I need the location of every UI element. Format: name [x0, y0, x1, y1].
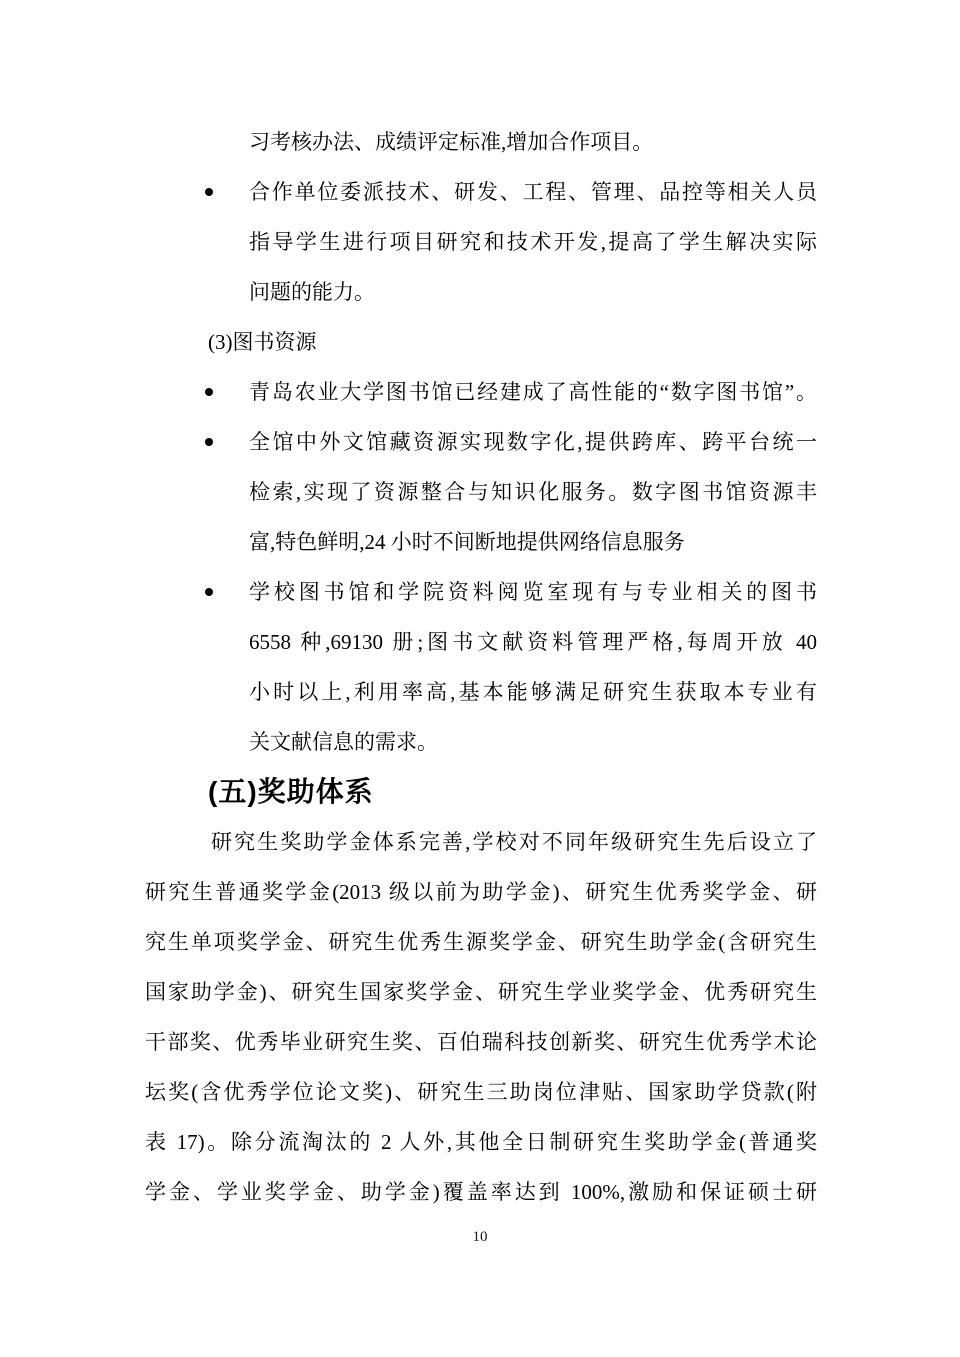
page-content: 习考核办法、成绩评定标准,增加合作项目。 合作单位委派技术、研发、工程、管理、品…: [145, 117, 817, 1217]
bullet-line: 青岛农业大学图书馆已经建成了高性能的“数字图书馆”。: [145, 367, 817, 417]
paragraph-line: 研究生奖助学金体系完善,学校对不同年级研究生先后设立了: [145, 817, 817, 867]
paragraph-line: 学金、学业奖学金、助学金)覆盖率达到 100%,激励和保证硕士研: [145, 1167, 817, 1217]
bullet-icon: [205, 438, 213, 446]
paragraph-line: 究生单项奖学金、研究生优秀生源奖学金、研究生助学金(含研究生: [145, 917, 817, 967]
section-heading-awards: (五)奖助体系: [145, 767, 817, 817]
bullet-line: 检索,实现了资源整合与知识化服务。数字图书馆资源丰: [145, 467, 817, 517]
bullet-line: 小时以上,利用率高,基本能够满足研究生获取本专业有: [145, 667, 817, 717]
bullet-line: 指导学生进行项目研究和技术开发,提高了学生解决实际: [145, 217, 817, 267]
paragraph-line: 研究生普通奖学金(2013 级以前为助学金)、研究生优秀奖学金、研: [145, 867, 817, 917]
bullet-icon: [205, 388, 213, 396]
bullet-item-books: 学校图书馆和学院资料阅览室现有与专业相关的图书 6558 种,69130 册;图…: [145, 567, 817, 767]
subheading-library-resources: (3)图书资源: [145, 317, 817, 367]
bullet-line: 富,特色鲜明,24 小时不间断地提供网络信息服务: [145, 517, 817, 567]
paragraph-line: 表 17)。除分流淘汰的 2 人外,其他全日制研究生奖助学金(普通奖: [145, 1117, 817, 1167]
bullet-line: 全馆中外文馆藏资源实现数字化,提供跨库、跨平台统一: [145, 417, 817, 467]
continuation-line: 习考核办法、成绩评定标准,增加合作项目。: [145, 117, 817, 167]
paragraph-line: 国家助学金)、研究生国家奖学金、研究生学业奖学金、优秀研究生: [145, 967, 817, 1017]
bullet-icon: [205, 188, 213, 196]
bullet-line: 关文献信息的需求。: [145, 717, 817, 767]
page-number: 10: [0, 1225, 960, 1249]
bullet-item-collection: 全馆中外文馆藏资源实现数字化,提供跨库、跨平台统一 检索,实现了资源整合与知识化…: [145, 417, 817, 567]
paragraph-awards: 研究生奖助学金体系完善,学校对不同年级研究生先后设立了 研究生普通奖学金(201…: [145, 817, 817, 1217]
bullet-item-cooperation: 合作单位委派技术、研发、工程、管理、品控等相关人员 指导学生进行项目研究和技术开…: [145, 167, 817, 317]
bullet-line: 学校图书馆和学院资料阅览室现有与专业相关的图书: [145, 567, 817, 617]
paragraph-line: 干部奖、优秀毕业研究生奖、百伯瑞科技创新奖、研究生优秀学术论: [145, 1017, 817, 1067]
bullet-line: 6558 种,69130 册;图书文献资料管理严格,每周开放 40: [145, 617, 817, 667]
bullet-line: 合作单位委派技术、研发、工程、管理、品控等相关人员: [145, 167, 817, 217]
paragraph-line: 坛奖(含优秀学位论文奖)、研究生三助岗位津贴、国家助学贷款(附: [145, 1067, 817, 1117]
document-page: 习考核办法、成绩评定标准,增加合作项目。 合作单位委派技术、研发、工程、管理、品…: [0, 0, 960, 1357]
bullet-icon: [205, 588, 213, 596]
bullet-item-digital-library: 青岛农业大学图书馆已经建成了高性能的“数字图书馆”。: [145, 367, 817, 417]
bullet-line: 问题的能力。: [145, 267, 817, 317]
